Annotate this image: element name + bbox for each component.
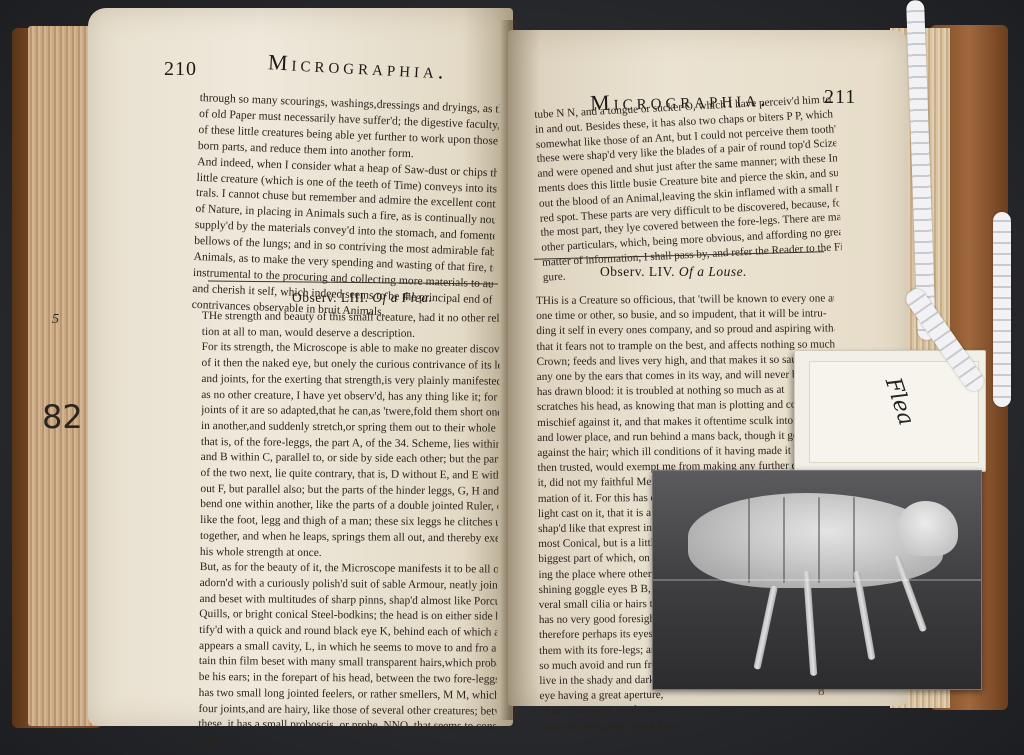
bookmark-cord-tassel (993, 212, 1011, 407)
text-line: these, it has a small proboscis, or prob… (198, 717, 496, 735)
observation-heading-flea: Observ. LIII. Of a Flea. (292, 290, 432, 306)
observation-number: Observ. LIV. (600, 264, 675, 279)
observation-number: Observ. LIII. (292, 290, 368, 305)
flea-head (898, 501, 958, 556)
flea-micrograph-photo (652, 470, 982, 690)
flea-segment (818, 497, 820, 583)
flea-leg (753, 585, 778, 670)
fore-edge-mark: 5 (52, 312, 59, 328)
text-line: tube, (198, 733, 496, 751)
text-line: any one by the ears that comes in its wa… (537, 367, 835, 385)
observation-title: Of a Flea. (372, 290, 432, 305)
left-page-number: 210 (164, 58, 197, 81)
text-line: and joints, for the exerting that streng… (201, 372, 499, 390)
right-page-continued-text: tube N N, and a tongue or sucker O, whic… (534, 92, 843, 285)
left-page-continued-text: through so many scourings, washings,dres… (191, 90, 499, 324)
flea-segment (783, 497, 785, 583)
observation-heading-louse: Observ. LIV. Of a Louse. (600, 264, 747, 280)
flea-segment (853, 497, 855, 583)
observation-title: Of a Louse. (679, 264, 747, 279)
flea-segment (748, 497, 750, 583)
observation-text-flea: THe strength and beauty of this small cr… (198, 309, 500, 751)
text-line: from receiving any injury fron (540, 717, 838, 735)
fore-edge-number: 82 (42, 398, 83, 436)
page-mark: ʊ (818, 684, 825, 699)
photo-fold-crease (653, 579, 981, 581)
